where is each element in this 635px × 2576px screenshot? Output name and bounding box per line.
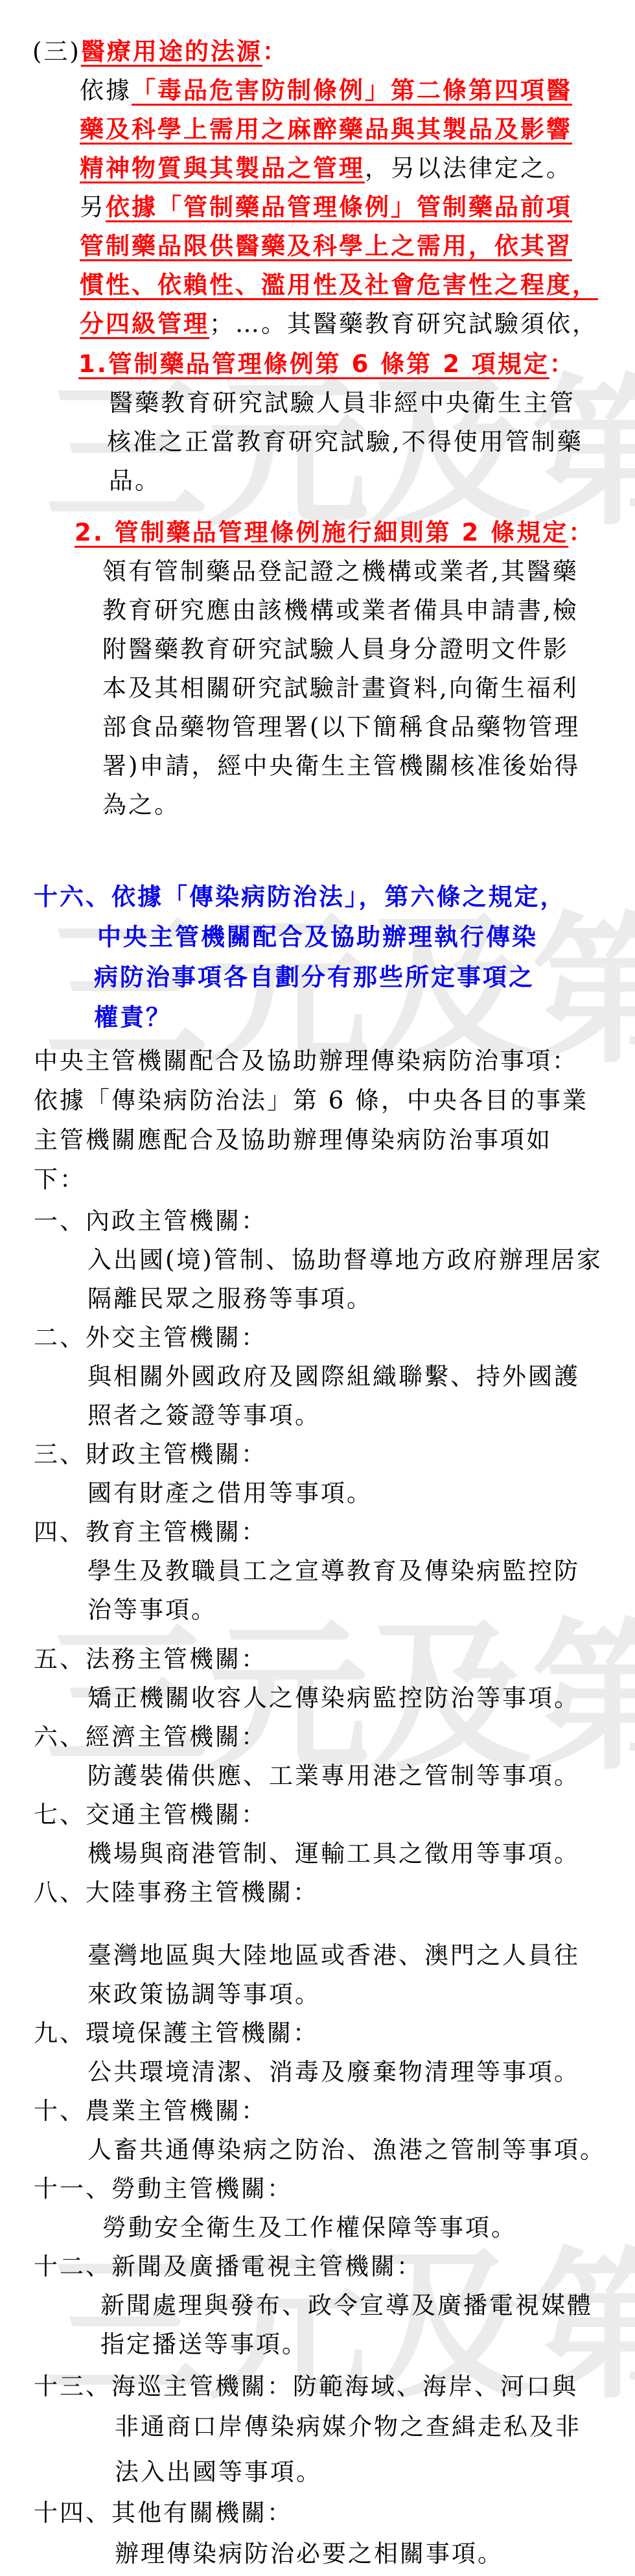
paragraph-line: 為之。 [102,791,180,819]
watermark: 三 元 及 第 [45,2210,603,2444]
paragraph-line: 署)申請，經中央衛生主管機關核准後始得 [102,752,580,780]
text: 附醫藥教育研究試驗人員身分證明文件影 [102,635,569,663]
text: 七、交通主管機關： [34,1801,267,1829]
agency-duty: 入出國(境)管制、協助督導地方政府辦理居家 [87,1246,603,1274]
text: ；…。其醫藥教育研究試驗須依， [209,310,598,338]
text: 品。 [109,467,161,495]
highlight-text: 依據「管制藥品管理條例」管制藥品前項 [106,193,572,221]
text: 國有財產之借用等事項。 [87,1479,373,1507]
agency-label: 十一、勞動主管機關： [34,2175,293,2203]
text: 臺灣地區與大陸地區或香港、澳門之人員往 [87,1941,580,1969]
text: 隔離民眾之服務等事項。 [87,1285,373,1313]
text: 領有管制藥品登記證之機構或業者,其醫藥 [102,557,579,585]
answer-line: 下： [34,1165,86,1194]
colon: ： [549,350,575,378]
text: ，另以法律定之。 [365,154,572,182]
text: 入出國(境)管制、協助督導地方政府辦理居家 [87,1246,603,1274]
agency-duty: 與相關外國政府及國際組織聯繫、持外國護 [87,1363,580,1391]
text: 九、環境保護主管機關： [34,2019,319,2047]
agency-label: 二、外交主管機關： [34,1324,267,1352]
text: 本及其相關研究試驗計畫資料,向衛生福利 [102,674,579,702]
text: 下： [34,1165,86,1193]
highlight-text: 藥及科學上需用之麻醉藥品與其製品及影響 [80,115,572,143]
text: 勞動安全衛生及工作權保障等事項。 [102,2214,517,2242]
paragraph-line: 管制藥品限供醫藥及科學上之需用，依其習 [80,232,572,261]
agency-duty: 治等事項。 [87,1596,217,1624]
agency-label: 十四、其他有關機關： [34,2499,293,2527]
agency-duty: 辦理傳染病防治必要之相關事項。 [115,2540,503,2568]
question-heading: 病防治事項各自劃分有那些所定事項之 [94,963,535,992]
colon: ： [568,519,594,546]
agency-duty: 機場與商港管制、運輸工具之徵用等事項。 [87,1840,580,1868]
text: 十二、新聞及廣播電視主管機關： [34,2253,422,2280]
text: 六、經濟主管機關： [34,1723,267,1751]
text: 非通商口岸傳染病媒介物之查緝走私及非 [115,2413,581,2441]
text: 防護裝備供應、工業專用港之管制等事項。 [87,1762,580,1790]
agency-duty: 臺灣地區與大陸地區或香港、澳門之人員往 [87,1941,580,1970]
paragraph-line: 教育研究應由該機構或業者備具申請書,檢 [102,596,579,625]
agency-duty: 法入出國等事項。 [115,2458,322,2487]
highlight-text: 1.管制藥品管理條例第 6 條第 2 項規定 [78,350,549,378]
agency-duty: 防護裝備供應、工業專用港之管制等事項。 [87,1762,580,1790]
highlight-text: 「毒品危害防制條例」第二條第四項醫 [132,76,572,104]
question-text: 十六、依據「傳染病防治法」，第六條之規定， [34,883,566,911]
paragraph-line: 精神物質與其製品之管理，另以法律定之。 [80,154,572,183]
agency-duty: 人畜共通傳染病之防治、漁港之管制等事項。 [87,2136,606,2164]
agency-duty: 隔離民眾之服務等事項。 [87,1285,373,1313]
text: 照者之簽證等事項。 [87,1401,321,1429]
paragraph-line: 慣性、依賴性、濫用性及社會危害性之程度， [80,271,598,299]
text: 十三、海巡主管機關：防範海域、海岸、河口與 [34,2372,578,2400]
answer-line: 依據「傳染病防治法」第 6 條，中央各目的事業 [34,1086,588,1115]
paragraph-line: 分四級管理；…。其醫藥教育研究試驗須依， [80,310,598,338]
text: 五、法務主管機關： [34,1645,267,1673]
paragraph-line: 醫藥教育研究試驗人員非經中央衛生主管 [109,389,575,417]
text: 十四、其他有關機關： [34,2499,293,2527]
agency-label: 八、大陸事務主管機關： [34,1879,319,1907]
text: 四、教育主管機關： [34,1518,267,1546]
text: 機場與商港管制、運輸工具之徵用等事項。 [87,1840,580,1868]
highlight-text: 管制藥品限供醫藥及科學上之需用，依其習 [80,232,572,260]
question-heading: 十六、依據「傳染病防治法」，第六條之規定， [34,883,566,911]
agency-duty: 新聞處理與發布、政令宣導及廣播電視媒體 [100,2291,593,2320]
text: 二、外交主管機關： [34,1324,267,1352]
agency-label: 四、教育主管機關： [34,1518,267,1547]
text: 醫藥教育研究試驗人員非經中央衛生主管 [109,389,575,417]
text: 十、農業主管機關： [34,2097,267,2125]
question-text: 病防治事項各自劃分有那些所定事項之 [94,963,535,991]
highlight-text: 分四級管理 [80,310,209,338]
text: 依據「傳染病防治法」第 6 條，中央各目的事業 [34,1086,588,1114]
text: 另 [80,193,106,221]
paragraph-line: 另依據「管制藥品管理條例」管制藥品前項 [80,193,572,222]
text: 矯正機關收容人之傳染病監控防治等事項。 [87,1684,580,1712]
question-text: 中央主管機關配合及協助辦理執行傳染 [97,923,538,951]
text: 與相關外國政府及國際組織聯繫、持外國護 [87,1363,580,1390]
text: 辦理傳染病防治必要之相關事項。 [115,2540,503,2568]
paragraph-line: 品。 [109,467,161,495]
section-heading: (三)醫療用途的法源： [32,38,288,66]
paragraph-line: 依據「毒品危害防制條例」第二條第四項醫 [80,76,572,105]
text: 部食品藥物管理署(以下簡稱食品藥物管理 [102,713,580,741]
agency-duty: 指定播送等事項。 [100,2330,308,2359]
text: 指定播送等事項。 [100,2330,308,2358]
agency-duty: 國有財產之借用等事項。 [87,1479,373,1508]
text: 人畜共通傳染病之防治、漁港之管制等事項。 [87,2136,606,2164]
agency-duty: 非通商口岸傳染病媒介物之查緝走私及非 [115,2413,581,2441]
agency-duty: 公共環境清潔、消毒及廢棄物清理等事項。 [87,2058,580,2087]
text: 八、大陸事務主管機關： [34,1879,319,1906]
answer-line: 主管機關應配合及協助辦理傳染病防治事項如 [34,1126,552,1154]
paragraph-line: 藥及科學上需用之麻醉藥品與其製品及影響 [80,115,572,144]
text: 為之。 [102,791,180,819]
text: 新聞處理與發布、政令宣導及廣播電視媒體 [100,2291,593,2319]
agency-duty: 照者之簽證等事項。 [87,1401,321,1430]
agency-label: 五、法務主管機關： [34,1645,267,1674]
subitem-title: 2. 管制藥品管理條例施行細則第 2 條規定： [75,519,594,547]
section-title-colon: ： [262,38,288,65]
question-heading: 權責？ [94,1003,172,1032]
paragraph-line: 領有管制藥品登記證之機構或業者,其醫藥 [102,557,579,586]
agency-label: 十、農業主管機關： [34,2097,267,2125]
text: 十一、勞動主管機關： [34,2175,293,2203]
agency-duty: 勞動安全衛生及工作權保障等事項。 [102,2214,517,2242]
text: 一、內政主管機關： [34,1207,267,1235]
agency-duty: 來政策協調等事項。 [87,1980,321,2009]
text: 三、財政主管機關： [34,1440,267,1468]
text: 來政策協調等事項。 [87,1980,321,2008]
section-marker: (三) [32,38,81,65]
agency-duty: 矯正機關收容人之傳染病監控防治等事項。 [87,1684,580,1713]
paragraph-line: 本及其相關研究試驗計畫資料,向衛生福利 [102,674,579,703]
agency-label: 十二、新聞及廣播電視主管機關： [34,2253,422,2281]
highlight-text: 慣性、依賴性、濫用性及社會危害性之程度， [80,271,598,299]
text: 公共環境清潔、消毒及廢棄物清理等事項。 [87,2058,580,2086]
agency-duty: 學生及教職員工之宣導教育及傳染病監控防 [87,1557,580,1586]
text: 教育研究應由該機構或業者備具申請書,檢 [102,596,579,624]
text: 法入出國等事項。 [115,2458,322,2486]
agency-label: 三、財政主管機關： [34,1440,267,1469]
question-text: 權責？ [94,1003,172,1031]
text: 學生及教職員工之宣導教育及傳染病監控防 [87,1557,580,1585]
text: 主管機關應配合及協助辦理傳染病防治事項如 [34,1126,552,1154]
text: 核准之正當教育研究試驗,不得使用管制藥 [107,428,583,456]
agency-label: 七、交通主管機關： [34,1801,267,1829]
section-title: 醫療用途的法源 [81,38,262,65]
highlight-text: 精神物質與其製品之管理 [80,154,365,182]
subitem-title: 1.管制藥品管理條例第 6 條第 2 項規定： [78,350,575,379]
paragraph-line: 附醫藥教育研究試驗人員身分證明文件影 [102,635,569,664]
text: 中央主管機關配合及協助辦理傳染病防治事項： [34,1047,578,1075]
text: 依據 [80,76,132,104]
agency-label: 六、經濟主管機關： [34,1723,267,1751]
question-heading: 中央主管機關配合及協助辦理執行傳染 [97,923,538,952]
highlight-text: 2. 管制藥品管理條例施行細則第 2 條規定 [75,519,568,546]
agency-label: 九、環境保護主管機關： [34,2019,319,2048]
agency-label: 十三、海巡主管機關：防範海域、海岸、河口與 [34,2372,578,2401]
paragraph-line: 部食品藥物管理署(以下簡稱食品藥物管理 [102,713,580,742]
text: 治等事項。 [87,1596,217,1624]
paragraph-line: 核准之正當教育研究試驗,不得使用管制藥 [107,428,583,456]
text: 署)申請，經中央衛生主管機關核准後始得 [102,752,580,780]
answer-line: 中央主管機關配合及協助辦理傳染病防治事項： [34,1047,578,1075]
agency-label: 一、內政主管機關： [34,1207,267,1235]
